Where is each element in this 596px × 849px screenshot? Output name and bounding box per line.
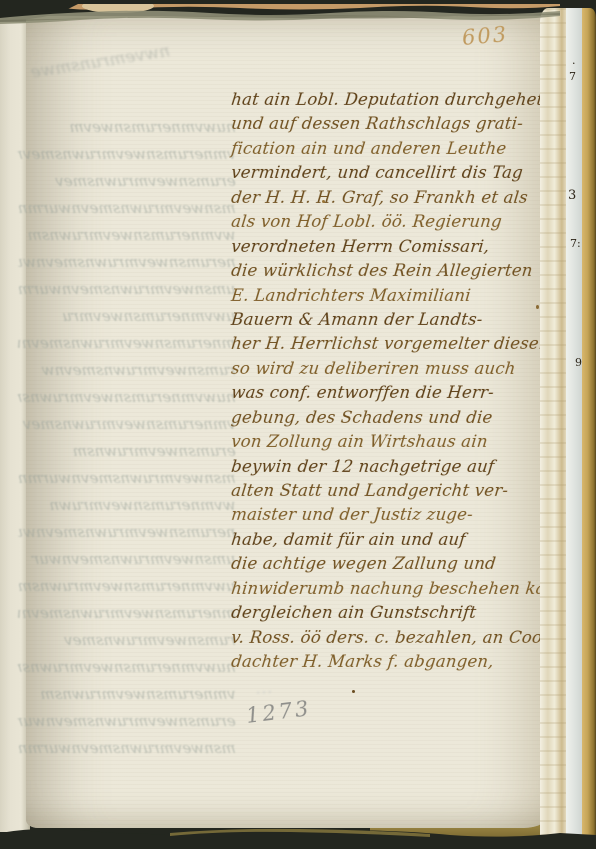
edge-ink-mark: 9	[575, 356, 582, 369]
show-through-line: nuwvmnerumsnwevmruwnsmevnw	[17, 388, 237, 415]
show-through-line: wvmnerumsnwevmruwn	[17, 496, 237, 523]
handwritten-line: E. Landrichters Maximiliani	[230, 286, 563, 310]
show-through-line: msnwevmruwnsmevnwurmnevsm	[17, 199, 237, 226]
handwritten-line: hat ain Lobl. Deputation durchgehet	[230, 90, 563, 114]
handwritten-line: dergleichen ain Gunstschrift	[230, 603, 563, 627]
edge-ink-mark: 3	[568, 188, 576, 203]
handwritten-line: verordneten Herrn Comissari,	[230, 237, 563, 261]
handwritten-line: her H. Herrlichst vorgemelter dieser	[230, 334, 563, 358]
curled-page-edge	[540, 8, 568, 840]
show-through-line: umsnwevmruwnsmevnwur	[17, 550, 237, 577]
book-fore-edge: . 7 3 7: 9	[540, 8, 596, 840]
book-edge-gilt	[582, 8, 596, 840]
show-through-line: nerumsnwevmruwnsmevnwurmnev	[17, 253, 237, 280]
show-through-block: nuwvmnerumsnwevmvmnerumsnwevmruwnsmevnwe…	[18, 118, 236, 766]
handwritten-line: die würklichst des Rein Allegierten	[230, 261, 563, 285]
handwritten-line: als von Hof Lobl. öö. Regierung	[230, 212, 563, 236]
manuscript-scan: nwvemrunsmwe nuwvmnerumsnwevmvmnerumsnwe…	[0, 0, 596, 849]
show-through-line: msnwevmruwnsmevnwurmnev	[17, 469, 237, 496]
ink-speck	[536, 305, 539, 309]
page-bottom-edge	[0, 821, 596, 849]
show-through-line: nuwvmnerumsnwevm	[17, 118, 237, 145]
show-through-line: erumsnwevmruwnsm	[17, 442, 237, 469]
handwritten-line: beywin der 12 nachgetrige auf	[230, 457, 563, 481]
handwritten-line: v. Ross. öö ders. c. bezahlen, an Coolen…	[230, 628, 563, 652]
show-through-line: msnwevmruwnsmevnwurmn	[17, 739, 237, 766]
edge-ink-mark: 7	[569, 70, 576, 83]
handwritten-line: gebung, des Schadens und die	[230, 408, 563, 432]
handwritten-line: dachter H. Marks f. abgangen,	[230, 652, 563, 676]
show-through-line: nuwvmnerumsnwevmruwnsmev	[17, 658, 237, 685]
handwritten-line: fication ain und anderen Leuthe	[230, 139, 563, 163]
ink-speck	[352, 690, 355, 693]
show-through-line: vmnerumsnwevmruwnsm	[17, 685, 237, 712]
show-through-line: wvmnerumsnwevmruwnsm	[17, 226, 237, 253]
ink-speck	[438, 586, 440, 588]
show-through-line: mnerumsnwevmruwnsmevnw	[17, 604, 237, 631]
show-through-line: vmnerumsnwevmruwnsmevnw	[17, 145, 237, 172]
handwritten-line: maister und der Justiz zuge-	[230, 505, 563, 529]
handwritten-line: der H. H. H. Graf, so Frankh et als	[230, 188, 563, 212]
show-through-line: rumsnwevmruwnsmev	[17, 631, 237, 658]
handwritten-line: was conf. entworffen die Herr-	[230, 383, 563, 407]
show-through-line: rumsnwevmruwnsmevnw	[17, 361, 237, 388]
handwriting-block: hat ain Lobl. Deputation durchgehetund a…	[231, 90, 561, 677]
show-through-line: erumsnwevmruwnsmevnwurmnev	[17, 712, 237, 739]
edge-ink-mark: 7:	[570, 237, 581, 250]
faint-stamp-mark: ...	[256, 681, 274, 696]
show-through-line: vmnerumsnwevmruwnsmev	[17, 415, 237, 442]
show-through-line: umsnwevmruwnsmevnwurmn	[17, 280, 237, 307]
handwritten-line: und auf dessen Rathschlags grati-	[230, 114, 563, 138]
show-through-line: uwvmnerumsnwevmru	[17, 307, 237, 334]
ink-speck	[322, 200, 325, 203]
handwritten-line: Bauern & Amann der Landts-	[230, 310, 563, 334]
handwritten-line: von Zollung ain Wirtshaus ain	[230, 432, 563, 456]
handwritten-line: habe, damit für ain und auf	[230, 530, 563, 554]
handwritten-line: so wird zu deliberiren muss auch	[230, 359, 563, 383]
show-through-line: uwvmnerumsnwevmruwnsmevnwur	[17, 577, 237, 604]
handwritten-line: alten Statt und Landgericht ver-	[230, 481, 563, 505]
handwritten-line: vermindert, und cancellirt dis Tag	[230, 163, 563, 187]
handwritten-line: die achtige wegen Zallung und	[230, 554, 563, 578]
show-through-line: mnerumsnwevmruwnsmevnwur	[17, 334, 237, 361]
edge-ink-mark: .	[572, 54, 576, 67]
show-through-line: erumsnwevmruwnsmev	[17, 172, 237, 199]
show-through-line: nerumsnwevmruwnsmevnwurmn	[17, 523, 237, 550]
handwritten-line: hinwiderumb nachung beschehen kan	[230, 579, 563, 603]
frayed-top-edge	[0, 0, 596, 34]
